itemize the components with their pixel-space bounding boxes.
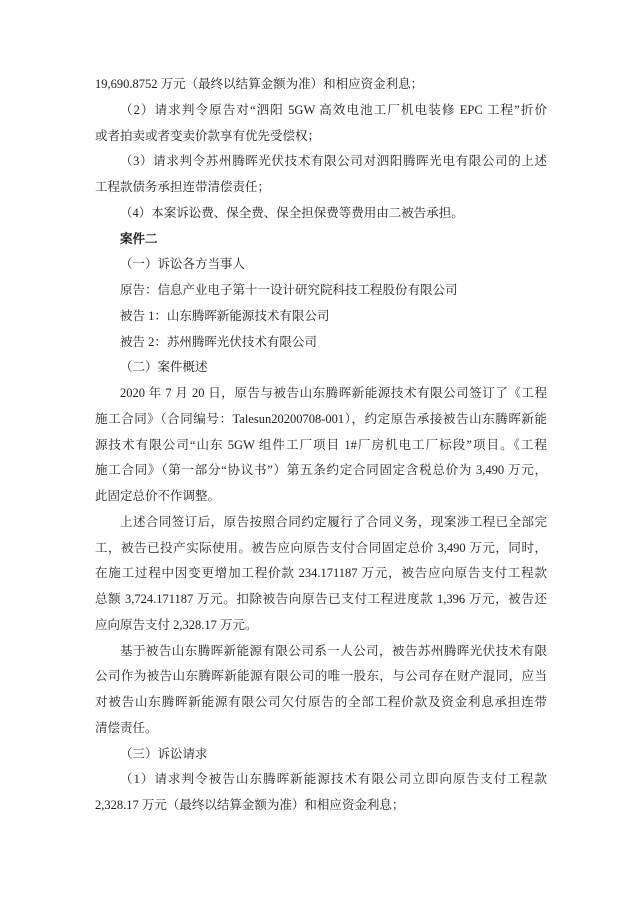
text-line: 在施工过程中因变更增加工程价款 234.171187 万元，被告应向原告支付工程… — [95, 561, 547, 587]
text-line: 应向原告支付 2,328.17 万元。 — [95, 613, 547, 639]
text-line: （二）案件概述 — [95, 355, 547, 381]
paragraph: 19,690.8752 万元（最终以结算金额为准）和相应资金利息； — [95, 72, 547, 98]
text-line: 案件二 — [95, 227, 547, 253]
paragraph: 2020 年 7 月 20 日，原告与被告山东腾晖新能源技术有限公司签订了《工程… — [95, 381, 547, 510]
text-line: 被告 2：苏州腾晖光伏技术有限公司 — [95, 330, 547, 356]
text-line: 工，被告已投产实际使用。被告应向原告支付合同固定总价 3,490 万元，同时， — [95, 536, 547, 562]
text-line: 工程款债务承担连带清偿责任； — [95, 175, 547, 201]
text-line: 施工合同》（第一部分“协议书”）第五条约定合同固定含税总价为 3,490 万元， — [95, 458, 547, 484]
document-body: 19,690.8752 万元（最终以结算金额为准）和相应资金利息；（2）请求判令… — [95, 72, 547, 819]
text-line: 19,690.8752 万元（最终以结算金额为准）和相应资金利息； — [95, 72, 547, 98]
text-line: 公司作为被告山东腾晖新能源有限公司的唯一股东，与公司存在财产混同，应当 — [95, 664, 547, 690]
text-line: 基于被告山东腾晖新能源有限公司系一人公司，被告苏州腾晖光伏技术有限 — [95, 639, 547, 665]
paragraph: 原告：信息产业电子第十一设计研究院科技工程股份有限公司 — [95, 278, 547, 304]
paragraph: （1）请求判令被告山东腾晖新能源技术有限公司立即向原告支付工程款2,328.17… — [95, 767, 547, 819]
paragraph: （三）诉讼请求 — [95, 742, 547, 768]
text-line: （4）本案诉讼费、保全费、保全担保费等费用由二被告承担。 — [95, 201, 547, 227]
text-line: （3）请求判令苏州腾晖光伏技术有限公司对泗阳腾晖光电有限公司的上述 — [95, 149, 547, 175]
text-line: 源技术有限公司“山东 5GW 组件工厂项目 1#厂房机电工厂标段”项目。《工程 — [95, 433, 547, 459]
paragraph: （一）诉讼各方当事人 — [95, 252, 547, 278]
text-line: （一）诉讼各方当事人 — [95, 252, 547, 278]
paragraph: （二）案件概述 — [95, 355, 547, 381]
text-line: （三）诉讼请求 — [95, 742, 547, 768]
paragraph: （4）本案诉讼费、保全费、保全担保费等费用由二被告承担。 — [95, 201, 547, 227]
text-line: （2）请求判令原告对“泗阳 5GW 高效电池工厂机电装修 EPC 工程”折价 — [95, 98, 547, 124]
text-line: 总额 3,724.171187 万元。扣除被告向原告已支付工程进度款 1,396… — [95, 587, 547, 613]
document-page: 19,690.8752 万元（最终以结算金额为准）和相应资金利息；（2）请求判令… — [0, 0, 640, 905]
paragraph: 被告 2：苏州腾晖光伏技术有限公司 — [95, 330, 547, 356]
text-line: 原告：信息产业电子第十一设计研究院科技工程股份有限公司 — [95, 278, 547, 304]
section-heading: 案件二 — [95, 227, 547, 253]
paragraph: （2）请求判令原告对“泗阳 5GW 高效电池工厂机电装修 EPC 工程”折价或者… — [95, 98, 547, 150]
text-line: 上述合同签订后，原告按照合同约定履行了合同义务，现案涉工程已全部完 — [95, 510, 547, 536]
paragraph: 上述合同签订后，原告按照合同约定履行了合同义务，现案涉工程已全部完工，被告已投产… — [95, 510, 547, 639]
text-line: （1）请求判令被告山东腾晖新能源技术有限公司立即向原告支付工程款 — [95, 767, 547, 793]
text-line: 2,328.17 万元（最终以结算金额为准）和相应资金利息； — [95, 793, 547, 819]
paragraph: 基于被告山东腾晖新能源有限公司系一人公司，被告苏州腾晖光伏技术有限公司作为被告山… — [95, 639, 547, 742]
text-line: 此固定总价不作调整。 — [95, 484, 547, 510]
text-line: 对被告山东腾晖新能源有限公司欠付原告的全部工程价款及资金利息承担连带 — [95, 690, 547, 716]
text-line: 或者拍卖或者变卖价款享有优先受偿权； — [95, 124, 547, 150]
paragraph: （3）请求判令苏州腾晖光伏技术有限公司对泗阳腾晖光电有限公司的上述工程款债务承担… — [95, 149, 547, 201]
text-line: 被告 1：山东腾晖新能源技术有限公司 — [95, 304, 547, 330]
text-line: 施工合同》（合同编号：Talesun20200708-001），约定原告承接被告… — [95, 407, 547, 433]
text-line: 2020 年 7 月 20 日，原告与被告山东腾晖新能源技术有限公司签订了《工程 — [95, 381, 547, 407]
text-line: 清偿责任。 — [95, 716, 547, 742]
paragraph: 被告 1：山东腾晖新能源技术有限公司 — [95, 304, 547, 330]
